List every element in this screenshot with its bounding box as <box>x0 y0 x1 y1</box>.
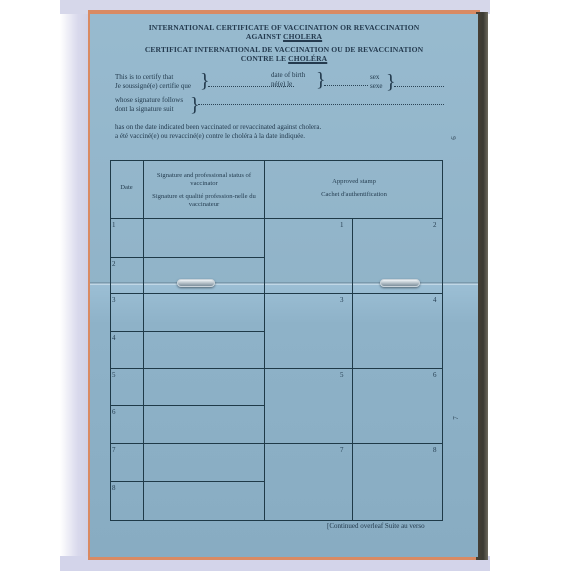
signature-field[interactable] <box>198 104 444 105</box>
column-divider <box>352 218 353 521</box>
header-divider <box>110 218 443 219</box>
title-fr-line1: CERTIFICAT INTERNATIONAL DE VACCINATION … <box>90 45 478 54</box>
page-number-lower: 7 <box>452 416 460 420</box>
vaccination-statement: has on the date indicated been vaccinate… <box>115 123 321 140</box>
certificate-page: INTERNATIONAL CERTIFICATE OF VACCINATION… <box>90 14 478 557</box>
brace: } <box>386 72 396 92</box>
row-divider <box>110 368 443 369</box>
disease-en: CHOLERA <box>283 32 322 41</box>
row-number: 2 <box>112 260 116 268</box>
certify-label: This is to certify that Je soussigné(e) … <box>115 73 191 90</box>
column-divider <box>143 160 144 521</box>
row-number: 7 <box>112 446 116 454</box>
row-divider <box>110 405 265 406</box>
sex-field[interactable] <box>394 86 444 87</box>
column-divider <box>264 160 265 521</box>
page-number-upper: 6 <box>450 136 458 140</box>
row-number: 5 <box>112 371 116 379</box>
vaccination-table <box>110 160 443 521</box>
header-date: Date <box>110 184 143 192</box>
background-left <box>0 0 90 571</box>
stamp-number: 5 <box>340 371 344 379</box>
dob-label: date of birth né(e) le <box>271 71 305 88</box>
sex-label: sex sexe <box>370 73 382 90</box>
stamp-number: 1 <box>340 221 344 229</box>
row-number: 3 <box>112 296 116 304</box>
row-divider <box>110 481 265 482</box>
stamp-number: 8 <box>433 446 437 454</box>
row-number: 6 <box>112 408 116 416</box>
title-en-line1: INTERNATIONAL CERTIFICATE OF VACCINATION… <box>90 23 478 32</box>
signature-label: whose signature follows dont la signatur… <box>115 96 183 113</box>
row-divider <box>110 443 443 444</box>
stamp-number: 4 <box>433 296 437 304</box>
title-french: CERTIFICAT INTERNATIONAL DE VACCINATION … <box>90 45 478 63</box>
row-divider <box>110 257 265 258</box>
row-number: 4 <box>112 334 116 342</box>
row-number: 8 <box>112 484 116 492</box>
brace: } <box>316 70 326 90</box>
title-english: INTERNATIONAL CERTIFICATE OF VACCINATION… <box>90 23 478 41</box>
row-divider <box>110 293 443 294</box>
continued-overleaf: [Continued overleaf Suite au verso <box>327 522 425 531</box>
staple <box>177 279 215 287</box>
dob-field[interactable] <box>324 85 368 86</box>
brace: } <box>200 71 210 91</box>
header-signature: Signature and professional status of vac… <box>152 172 256 208</box>
title-fr-line2: CONTRE LE CHOLÉRA <box>90 54 478 63</box>
staple <box>380 279 420 287</box>
disease-fr: CHOLÉRA <box>288 54 327 63</box>
stamp-number: 7 <box>340 446 344 454</box>
header-stamp: Approved stamp Cachet d'authentification <box>266 178 442 198</box>
stamp-number: 6 <box>433 371 437 379</box>
stamp-number: 2 <box>433 221 437 229</box>
title-en-line2: AGAINST CHOLERA <box>90 32 478 41</box>
row-divider <box>110 331 265 332</box>
brace: } <box>190 95 200 115</box>
stamp-number: 3 <box>340 296 344 304</box>
row-number: 1 <box>112 221 116 229</box>
